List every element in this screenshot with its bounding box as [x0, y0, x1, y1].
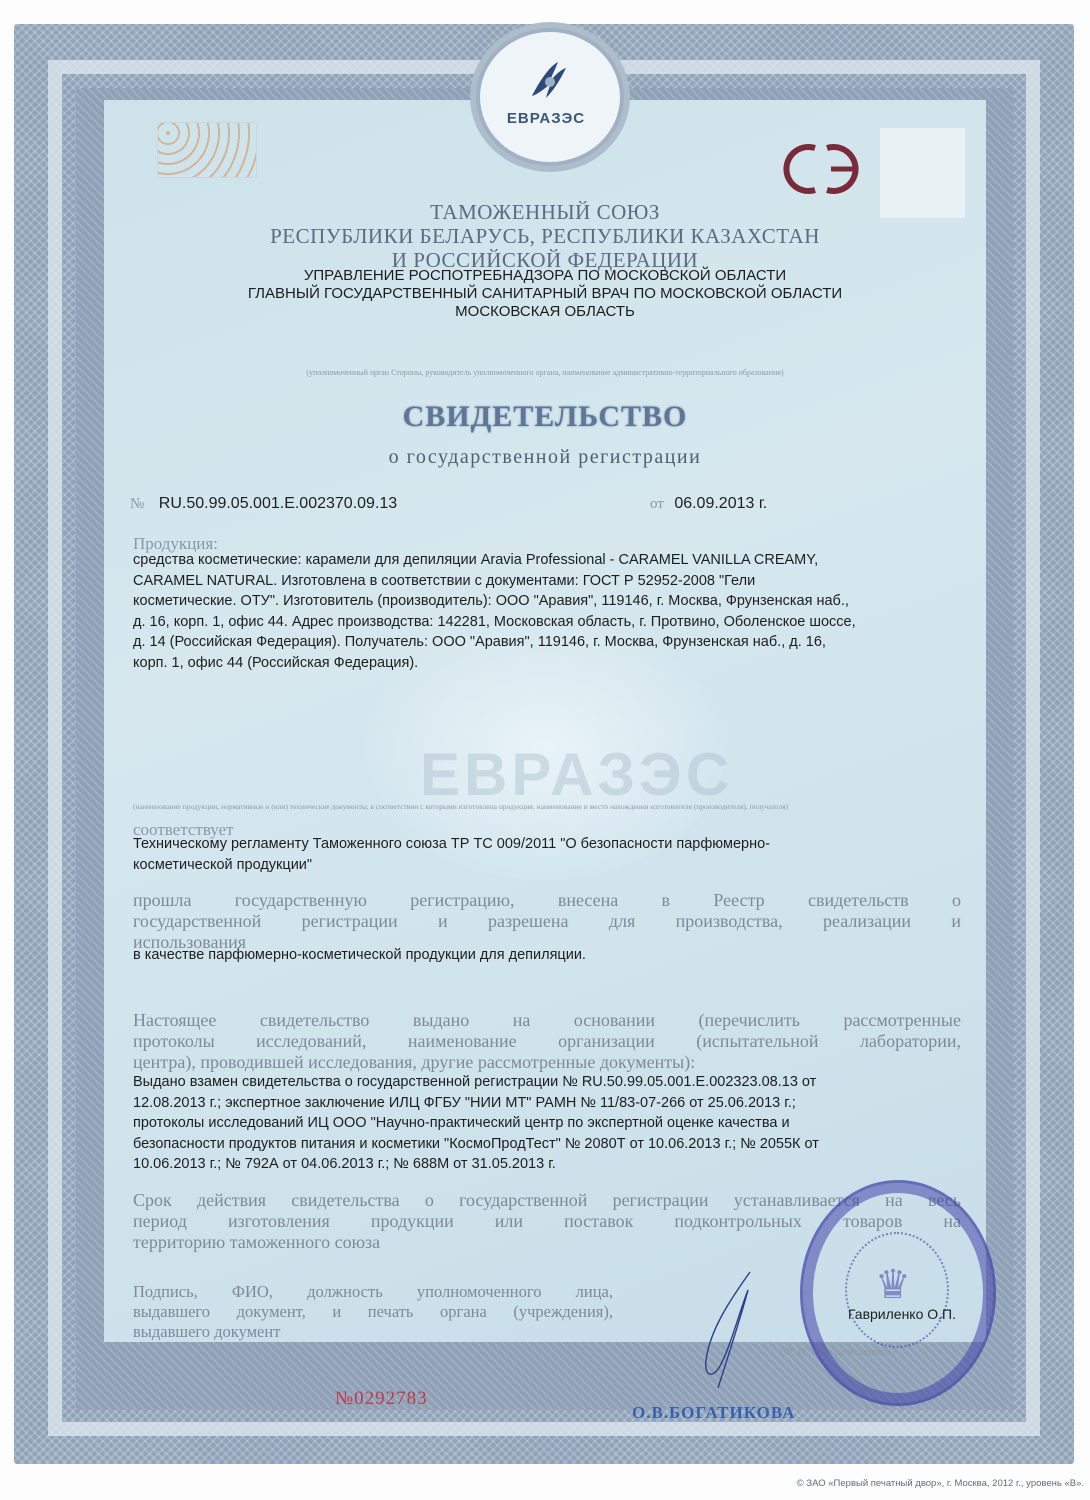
basis-detail-line: Выдано взамен свидетельства о государств… [133, 1072, 973, 1093]
conformity-text: Техническому регламенту Таможенного союз… [133, 834, 973, 875]
signer-name: Гавриленко О.П. [848, 1306, 956, 1322]
statement-line: прошла государственную регистрацию, внес… [133, 890, 961, 911]
union-line: РЕСПУБЛИКИ БЕЛАРУСЬ, РЕСПУБЛИКИ КАЗАХСТА… [104, 224, 986, 248]
certificate-title: СВИДЕТЕЛЬСТВО [104, 400, 986, 434]
signature-label-line: Подпись, ФИО, должность уполномоченного … [133, 1282, 613, 1302]
authority-caption: (уполномоченный орган Стороны, руководит… [104, 368, 986, 377]
authority-line: УПРАВЛЕНИЕ РОСПОТРЕБНАДЗОРА ПО МОСКОВСКО… [104, 267, 986, 285]
registration-number: RU.50.99.05.001.E.002370.09.13 [159, 495, 397, 512]
basis-detail-line: 12.08.2013 г.; экспертное заключение ИЛЦ… [133, 1093, 973, 1114]
product-line: косметические. ОТУ". Изготовитель (произ… [133, 591, 973, 612]
signature-scribble-icon [690, 1270, 780, 1390]
authority-line: МОСКОВСКАЯ ОБЛАСТЬ [104, 303, 986, 321]
basis-line: Настоящее свидетельство выдано на основа… [133, 1010, 961, 1031]
product-caption: (наименование продукции, нормативные и (… [133, 802, 968, 811]
basis-detail-line: 10.06.2013 г.; № 792А от 04.06.2013 г.; … [133, 1154, 973, 1175]
certificate-subtitle: о государственной регистрации [104, 446, 986, 469]
product-line: средства косметические: карамели для деп… [133, 550, 973, 571]
basis-line: протоколы исследований, наименование орг… [133, 1031, 961, 1052]
basis-details: Выдано взамен свидетельства о государств… [133, 1072, 973, 1175]
registration-date: 06.09.2013 г. [674, 495, 767, 512]
evrazes-logo-icon [528, 58, 568, 102]
registration-number-row: № RU.50.99.05.001.E.002370.09.13 [130, 495, 397, 513]
product-line: д. 14 (Российская Федерация). Получатель… [133, 632, 973, 653]
signature-label-line: выдавшего документ [133, 1322, 613, 1342]
product-line: CARAMEL NATURAL. Изготовлена в соответст… [133, 571, 973, 592]
printer-credit: © ЗАО «Первый печатный двор», г. Москва,… [797, 1478, 1084, 1489]
authority-block: УПРАВЛЕНИЕ РОСПОТРЕБНАДЗОРА ПО МОСКОВСКО… [104, 267, 986, 321]
basis-line: центра), проводившей исследования, други… [133, 1052, 961, 1073]
usage-text: в качестве парфюмерно-косметической прод… [133, 945, 586, 966]
hologram-patch [157, 122, 257, 178]
statement-line: государственной регистрации и разрешена … [133, 911, 961, 932]
product-line: корп. 1, офис 44 (Российская Федерация). [133, 653, 973, 674]
watermark-logo: ЕВРАЗЭС [420, 740, 733, 809]
product-line: д. 16, корп. 1, офис 44. Адрес производс… [133, 612, 973, 633]
signature-label: Подпись, ФИО, должность уполномоченного … [133, 1282, 613, 1342]
coat-of-arms-icon: ♛ [875, 1262, 911, 1308]
authority-line: ГЛАВНЫЙ ГОСУДАРСТВЕННЫЙ САНИТАРНЫЙ ВРАЧ … [104, 285, 986, 303]
conformity-mark-icon [775, 138, 870, 200]
signature-label-line: выдавшего документ, и печать органа (учр… [133, 1302, 613, 1322]
union-line: ТАМОЖЕННЫЙ СОЮЗ [104, 200, 986, 224]
registration-date-row: от 06.09.2013 г. [650, 495, 767, 513]
registration-statement: прошла государственную регистрацию, внес… [133, 890, 961, 953]
basis-detail-line: протоколы исследований ИЦ ООО "Научно-пр… [133, 1113, 973, 1134]
basis-heading: Настоящее свидетельство выдано на основа… [133, 1010, 961, 1073]
basis-detail-line: безопасности продуктов питания и космети… [133, 1134, 973, 1155]
date-label: от [650, 496, 664, 512]
conformity-line: Техническому регламенту Таможенного союз… [133, 834, 973, 855]
union-title: ТАМОЖЕННЫЙ СОЮЗ РЕСПУБЛИКИ БЕЛАРУСЬ, РЕС… [104, 200, 986, 272]
emblem-text: ЕВРАЗЭС [488, 110, 604, 127]
product-description: средства косметические: карамели для деп… [133, 550, 973, 673]
conformity-line: косметической продукции" [133, 855, 973, 876]
form-number: №0292783 [335, 1388, 428, 1410]
issuer-stamp: О.В.БОГАТИКОВА [632, 1403, 795, 1423]
number-label: № [130, 496, 144, 512]
